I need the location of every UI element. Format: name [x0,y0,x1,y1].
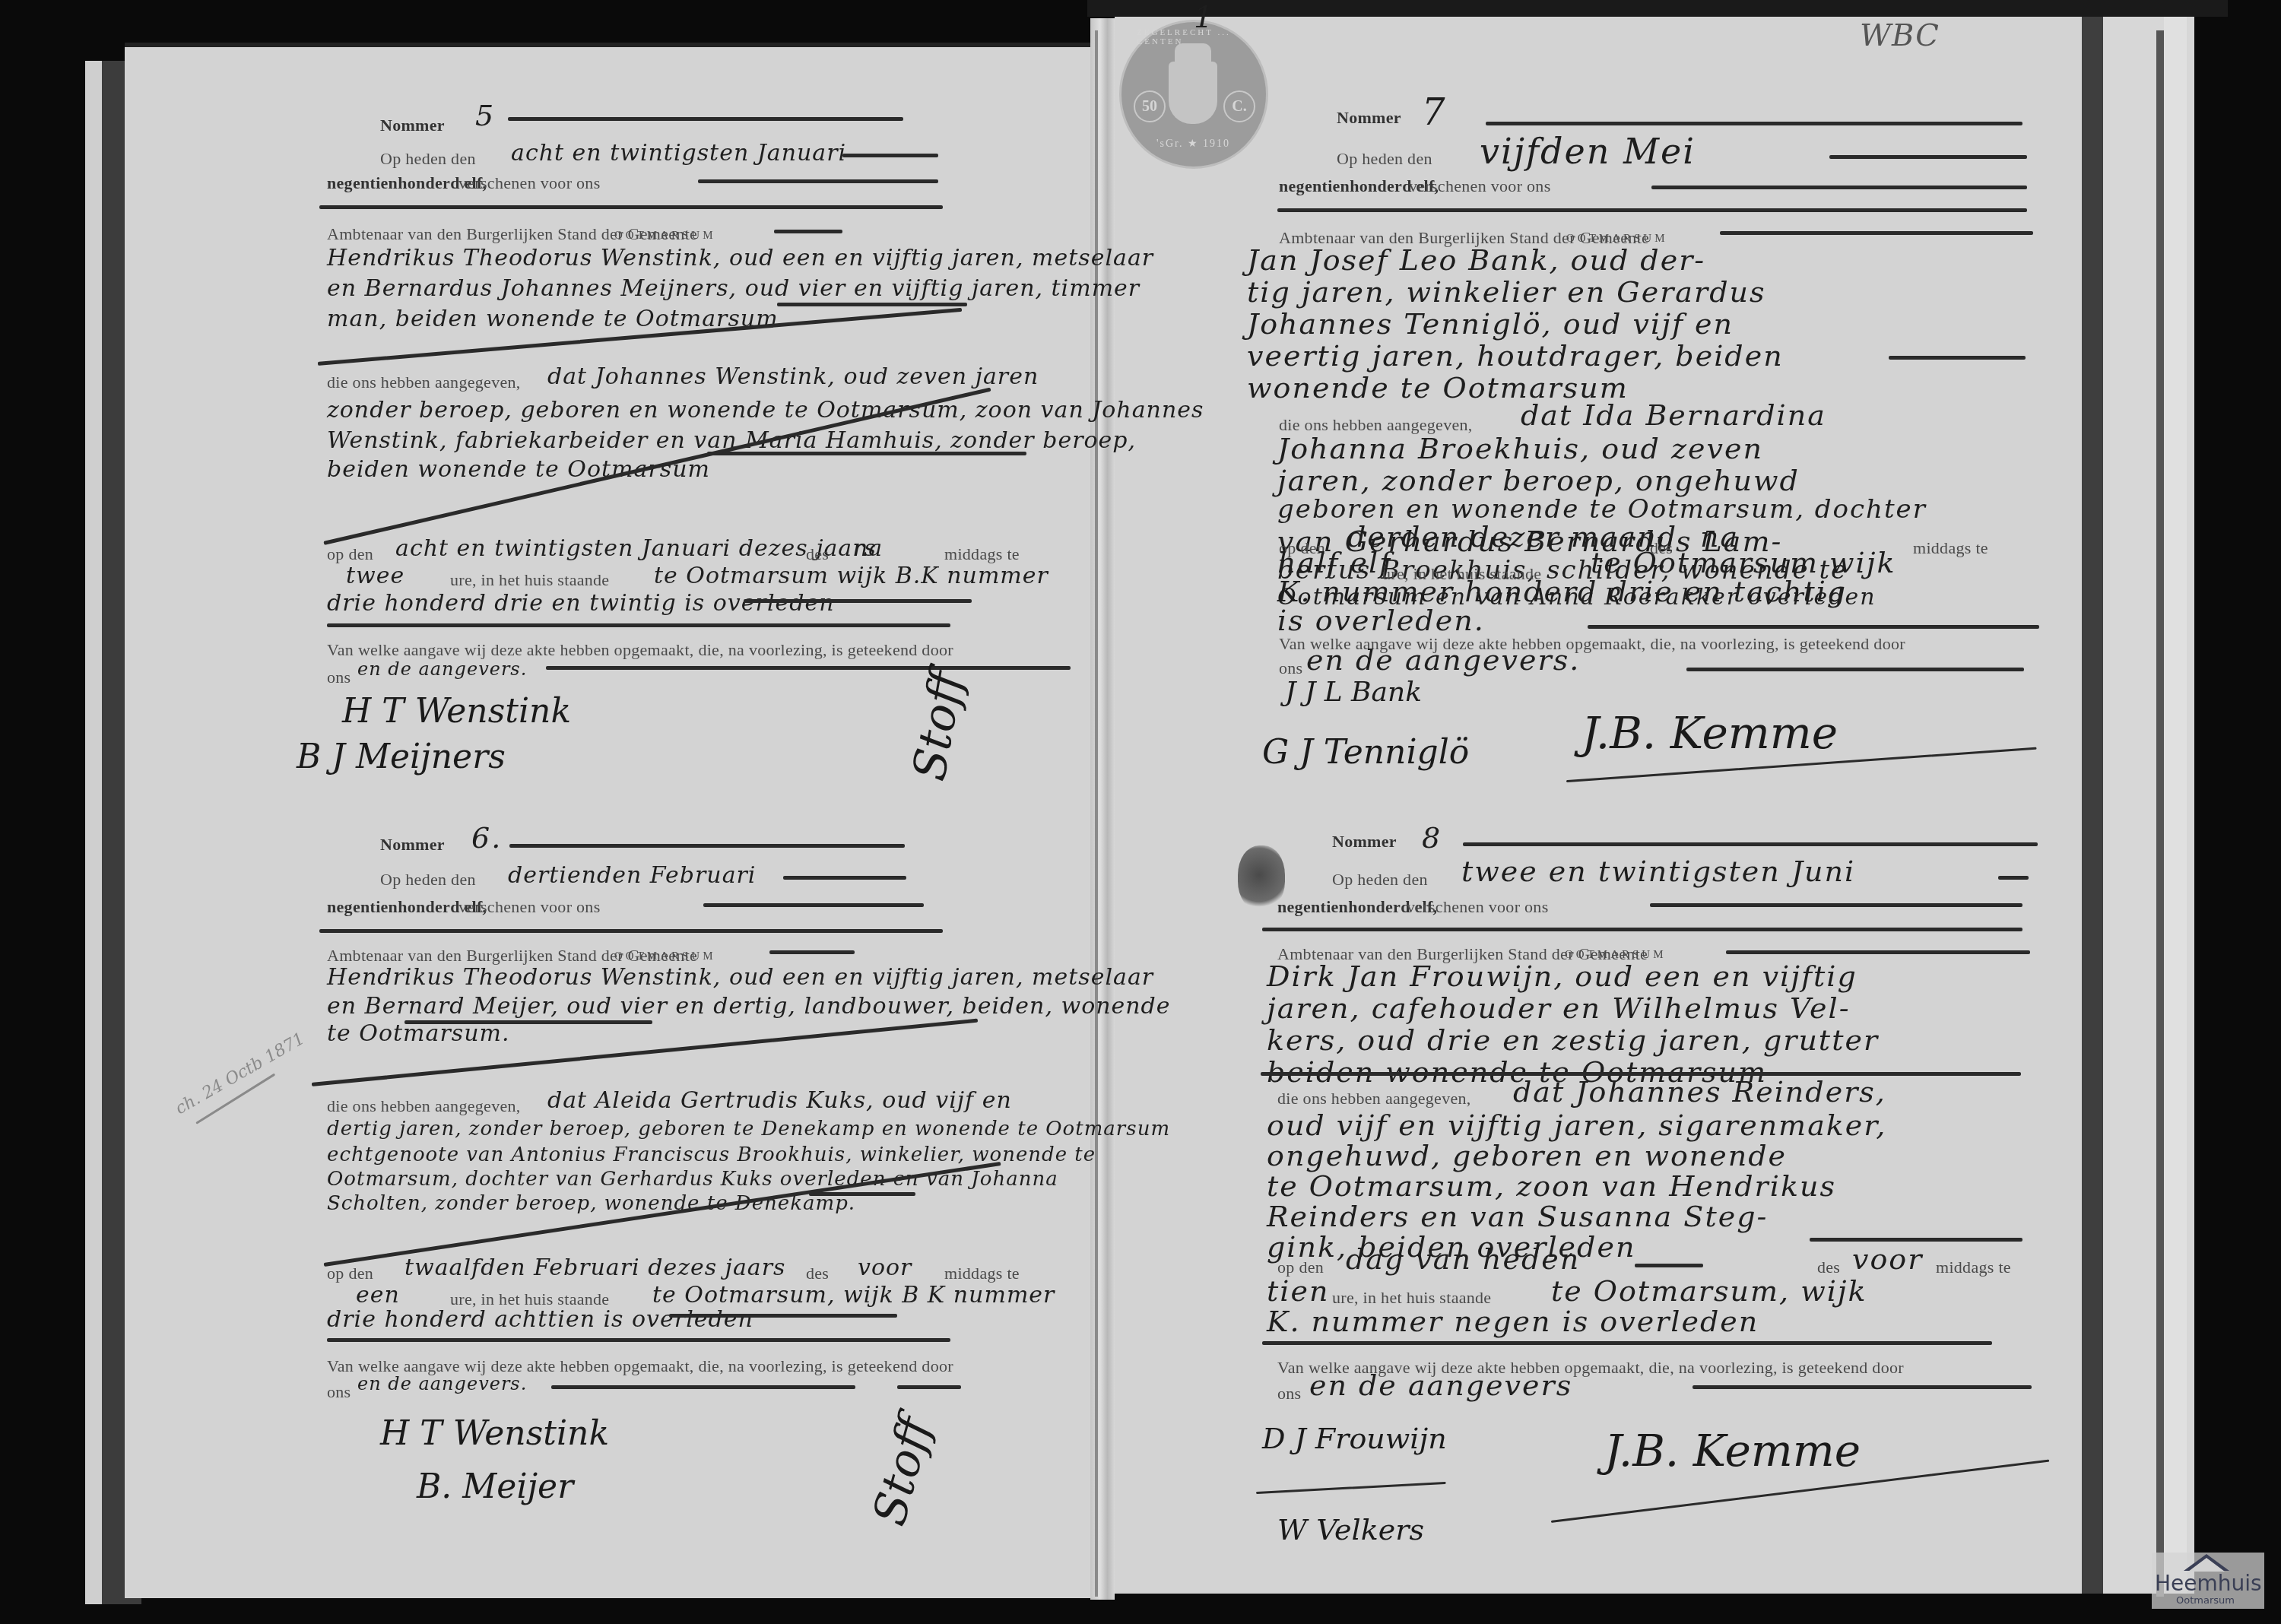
fill-rule [546,666,1071,670]
fill-rule [1693,1385,2032,1389]
fill-rule [897,1385,961,1389]
fill-rule [703,903,924,907]
fill-rule [327,1338,950,1342]
des-label: des [806,544,829,564]
witnesses-line: Jan Josef Leo Bank, oud der- [1247,243,1705,277]
van-welke-label: Van welke aangave wij deze akte hebben o… [327,640,953,660]
op-heden-label: Op heden den [1337,149,1432,169]
des-value: voor [858,1254,912,1281]
fill-rule [319,205,943,209]
record-date: twee en twintigsten Juni [1461,855,1855,888]
die-ons-label: die ons hebben aangegeven, [327,373,521,392]
signature-officer: J.B. Kemme [1604,1425,1861,1477]
fill-rule [1588,625,2039,629]
signature-witness-1: H T Wenstink [342,692,571,731]
die-ons-label: die ons hebben aangegeven, [1277,1089,1471,1109]
top-edge-shadow [1087,0,2228,17]
signature-witness-2: B J Meijners [297,737,506,776]
fill-rule [707,452,1026,455]
gemeente-label: OOTMARSUM [614,950,716,963]
record-number: 5 [475,99,495,132]
fill-rule [783,876,906,880]
fill-rule [1686,668,2024,671]
right-edge-strip [2156,30,2164,1597]
coat-of-arms-icon [1169,62,1217,124]
middags-label: middags te [1913,538,1988,558]
op-den-label: op den [327,544,373,564]
witnesses-line: en Bernard Meijer, oud vier en dertig, l… [327,993,1171,1020]
des-label: des [806,1264,829,1283]
death-place: K. nummer negen is overleden [1267,1305,1759,1338]
fill-rule [1262,1341,1992,1345]
record-number: 8 [1422,821,1442,855]
death-date: dag van heden [1346,1242,1580,1276]
nommer-label: Nommer [1337,108,1401,128]
declaration-line: beiden wonende te Ootmarsum [327,456,710,483]
ons-label: ons [1277,1384,1301,1404]
watermark-name: Heemhuis [2155,1571,2262,1596]
death-date: twaalfden Februari dezes jaars [404,1254,785,1281]
record-date: dertienden Februari [508,862,756,889]
death-place: te Ootmarsum, wijk [1551,1274,1867,1308]
fill-rule [774,230,842,233]
fill-rule [777,303,967,306]
fill-rule [1651,186,2027,189]
signature-witness-2: G J Tenniglö [1262,733,1469,772]
signed-with: en de aangevers. [1306,643,1580,677]
ons-label: ons [327,1382,351,1402]
death-place: drie honderd achttien is overleden [327,1306,753,1333]
fill-rule [327,623,950,627]
declaration-line: jaren, zonder beroep, ongehuwd [1277,464,1800,497]
signed-with: en de aangevers [1309,1369,1572,1402]
house-roof-icon [2184,1554,2229,1571]
fill-rule [1998,876,2029,880]
witnesses-line: tig jaren, winkelier en Gerardus [1247,275,1765,309]
fill-rule [1889,356,2026,360]
signature-witness-1: J J L Bank [1285,677,1422,708]
op-den-label: op den [327,1264,373,1283]
fill-rule [698,179,938,183]
middags-label: middags te [1936,1258,2011,1277]
ure-label: ure, in het huis staande [450,570,609,590]
verschenen-label: verschenen voor ons [1409,176,1551,196]
op-heden-label: Op heden den [380,149,476,169]
declaration-line: dat Aleida Gertrudis Kuks, oud vijf en [547,1087,1012,1114]
right-edge-paper-outer [2164,17,2187,1594]
revenue-stamp: ZEGELRECHT ... CENTEN 50 C. 'sGr. ★ 1910 [1119,20,1268,169]
crown-icon [1175,43,1211,63]
declaration-line: oud vijf en vijftig jaren, sigarenmaker, [1267,1109,1886,1142]
record-number: 6. [471,821,502,855]
nommer-label: Nommer [1332,832,1397,852]
signed-with: en de aangevers. [357,658,527,680]
fill-rule [1829,155,2027,159]
death-place: is overleden. [1277,604,1485,637]
fill-rule [1810,1238,2022,1242]
fill-rule [1650,903,2022,907]
verschenen-label: verschenen voor ons [1407,897,1549,917]
stamp-value: 50 [1134,90,1166,122]
witnesses-line: en Bernardus Johannes Meijners, oud vier… [327,275,1140,302]
stamp-unit: C. [1223,90,1255,122]
fill-rule [509,844,905,848]
declaration-line: dat Ida Bernardina [1521,398,1826,432]
witnesses-line: Dirk Jan Frouwijn, oud een en vijftig [1267,959,1857,993]
fill-rule [1486,122,2022,125]
fill-rule [1463,842,2038,846]
fill-rule [508,117,903,121]
declaration-line: dat Johannes Reinders, [1513,1075,1886,1109]
signature-witness-1: H T Wenstink [380,1414,609,1453]
death-hour: twee [346,563,404,589]
witnesses-line: kers, oud drie en zestig jaren, grutter [1267,1023,1879,1057]
fill-rule [404,1020,652,1024]
fill-rule [809,1192,915,1196]
ons-label: ons [1279,658,1302,678]
record-date: acht en twintigsten Januari [511,140,846,167]
declaration-line: zonder beroep, geboren en wonende te Oot… [327,397,1204,423]
middags-label: middags te [944,544,1020,564]
death-place: drie honderd drie en twintig is overlede… [327,590,835,617]
fill-rule [842,154,938,157]
fill-rule [669,1314,897,1318]
declaration-line: dat Johannes Wenstink, oud zeven jaren [547,363,1039,390]
right-binding-strip [2082,17,2103,1594]
fill-rule [319,929,943,933]
nommer-label: Nommer [380,116,445,135]
verschenen-label: verschenen voor ons [458,173,601,193]
nommer-label: Nommer [380,835,445,855]
fill-rule [1262,928,2022,931]
op-heden-label: Op heden den [1332,870,1428,890]
fill-rule [1726,950,2030,954]
witnesses-line: Hendrikus Theodorus Wenstink, oud een en… [327,964,1153,991]
fill-rule [1635,1264,1703,1267]
fill-rule [1720,231,2033,235]
death-hour: een [356,1282,400,1308]
declaration-line: echtgenoote van Antonius Franciscus Broo… [327,1143,1096,1166]
fill-rule [769,950,855,954]
record-date: vijfden Mei [1480,131,1696,172]
heemhuis-watermark: Heemhuis Ootmarsum [2152,1553,2264,1609]
witnesses-line: veertig jaren, houtdrager, beiden [1247,339,1784,373]
signature-witness-2: W Velkers [1277,1513,1424,1546]
record-number: 7 [1422,91,1447,134]
declaration-line: dertig jaren, zonder beroep, geboren te … [327,1118,1170,1140]
fill-rule [551,1385,855,1389]
fill-rule [744,599,972,603]
witnesses-line: Hendrikus Theodorus Wenstink, oud een en… [327,245,1153,271]
des-value: na [853,535,883,562]
declaration-line: ongehuwd, geboren en wonende [1267,1139,1787,1172]
middags-label: middags te [944,1264,1020,1283]
ons-label: ons [327,668,351,687]
death-hour: tien [1267,1274,1329,1308]
death-place: te Ootmarsum, wijk B K nummer [652,1282,1055,1308]
gemeente-label: OOTMARSUM [614,230,716,243]
witnesses-line: jaren, cafehouder en Wilhelmus Vel- [1267,991,1850,1025]
declaration-line: Reinders en van Susanna Steg- [1267,1200,1768,1233]
watermark-subtitle: Ootmarsum [2176,1595,2235,1607]
op-heden-label: Op heden den [380,870,476,890]
signed-with: en de aangevers. [357,1373,527,1394]
signature-witness-1: D J Frouwijn [1262,1422,1447,1455]
des-value: voor [1852,1242,1923,1276]
verschenen-label: verschenen voor ons [458,897,601,917]
witnesses-line: Johannes Tenniglö, oud vijf en [1247,307,1734,341]
die-ons-label: die ons hebben aangegeven, [327,1096,521,1116]
declaration-line: Johanna Broekhuis, oud zeven [1277,432,1763,465]
signature-witness-2: B. Meijer [417,1467,573,1506]
fill-rule [1277,208,2027,212]
declaration-line: te Ootmarsum, zoon van Hendrikus [1267,1169,1836,1203]
death-date: acht en twintigsten Januari dezes jaars [395,535,877,562]
witnesses-line: te Ootmarsum. [327,1020,509,1047]
stamp-year: 'sGr. ★ 1910 [1156,138,1230,151]
archive-mark: WBC [1860,18,1940,53]
signature-officer: J.B. Kemme [1581,707,1838,759]
page-mark: 1 [1194,0,1213,35]
death-place: te Ootmarsum wijk B.K nummer [654,563,1048,589]
